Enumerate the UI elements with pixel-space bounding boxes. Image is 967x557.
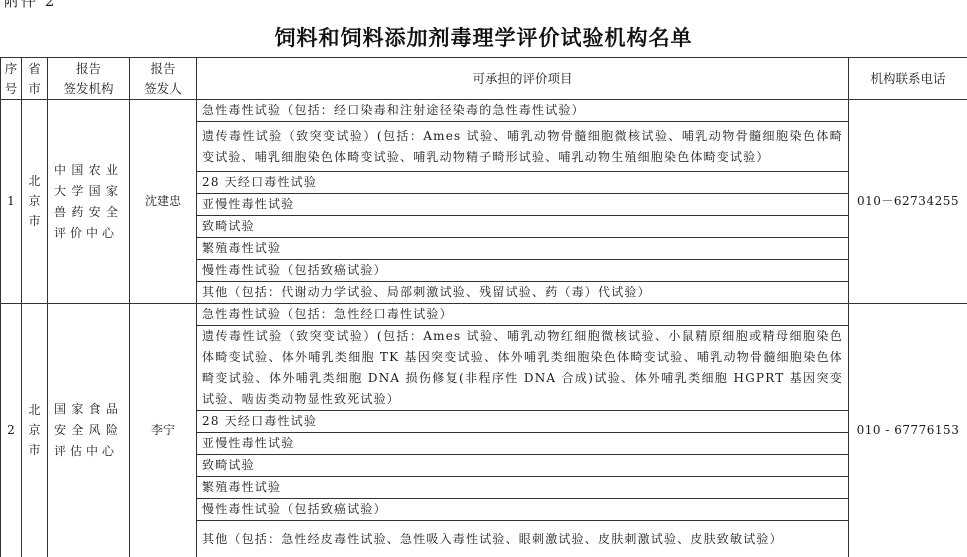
province-text: 北京市 <box>28 400 41 460</box>
row-item: 遗传毒性试验（致突变试验）(包括：Ames 试验、哺乳动物骨髓细胞微核试验、哺乳… <box>197 122 849 172</box>
row-item: 慢性毒性试验（包括致癌试验） <box>197 499 849 521</box>
row-signer: 沈建忠 <box>130 100 197 304</box>
header-province: 省市 <box>22 58 48 100</box>
row-item: 致畸试验 <box>197 455 849 477</box>
row-seq: 2 <box>1 304 22 557</box>
province-text: 北京市 <box>28 171 41 231</box>
row-org: 国家食品安全风险评估中心 <box>48 304 130 557</box>
table-row: 2 北京市 国家食品安全风险评估中心 李宁 急性毒性试验（包括：急性经口毒性试验… <box>1 304 967 326</box>
row-item: 28 天经口毒性试验 <box>197 411 849 433</box>
row-item: 亚慢性毒性试验 <box>197 433 849 455</box>
row-item: 致畸试验 <box>197 216 849 238</box>
row-phone: 010 - 67776153 <box>849 304 967 557</box>
row-province: 北京市 <box>22 100 48 304</box>
row-org: 中国农业大学国家兽药安全评价中心 <box>48 100 130 304</box>
row-signer: 李宁 <box>130 304 197 557</box>
attachment-label: 附件 2 <box>4 0 56 11</box>
row-item: 繁殖毒性试验 <box>197 477 849 499</box>
header-signer: 报告签发人 <box>130 58 197 100</box>
header-phone: 机构联系电话 <box>849 58 967 100</box>
org-text: 中国农业大学国家兽药安全评价中心 <box>54 160 122 244</box>
table-row: 1 北京市 中国农业大学国家兽药安全评价中心 沈建忠 急性毒性试验（包括：经口染… <box>1 100 967 122</box>
header-items: 可承担的评价项目 <box>197 58 849 100</box>
row-seq: 1 <box>1 100 22 304</box>
table-header-row: 序号 省市 报告签发机构 报告签发人 可承担的评价项目 机构联系电话 <box>1 58 967 100</box>
header-seq: 序号 <box>1 58 22 100</box>
org-text: 国家食品安全风险评估中心 <box>54 399 122 462</box>
header-org: 报告签发机构 <box>48 58 130 100</box>
document-title: 饲料和饲料添加剂毒理学评价试验机构名单 <box>0 22 967 52</box>
row-item: 急性毒性试验（包括：经口染毒和注射途径染毒的急性毒性试验） <box>197 100 849 122</box>
row-item: 繁殖毒性试验 <box>197 238 849 260</box>
row-phone: 010－62734255 <box>849 100 967 304</box>
row-item: 遗传毒性试验（致突变试验）(包括：Ames 试验、哺乳动物红细胞微核试验、小鼠精… <box>197 326 849 411</box>
row-item: 亚慢性毒性试验 <box>197 194 849 216</box>
row-item: 急性毒性试验（包括：急性经口毒性试验） <box>197 304 849 326</box>
row-item: 其他（包括：代谢动力学试验、局部刺激试验、残留试验、药（毒）代试验） <box>197 282 849 304</box>
row-province: 北京市 <box>22 304 48 557</box>
row-item: 28 天经口毒性试验 <box>197 172 849 194</box>
row-item: 其他（包括：急性经皮毒性试验、急性吸入毒性试验、眼刺激试验、皮肤刺激试验、皮肤致… <box>197 521 849 557</box>
institution-table: 序号 省市 报告签发机构 报告签发人 可承担的评价项目 机构联系电话 1 北京市… <box>0 57 967 557</box>
row-item: 慢性毒性试验（包括致癌试验） <box>197 260 849 282</box>
